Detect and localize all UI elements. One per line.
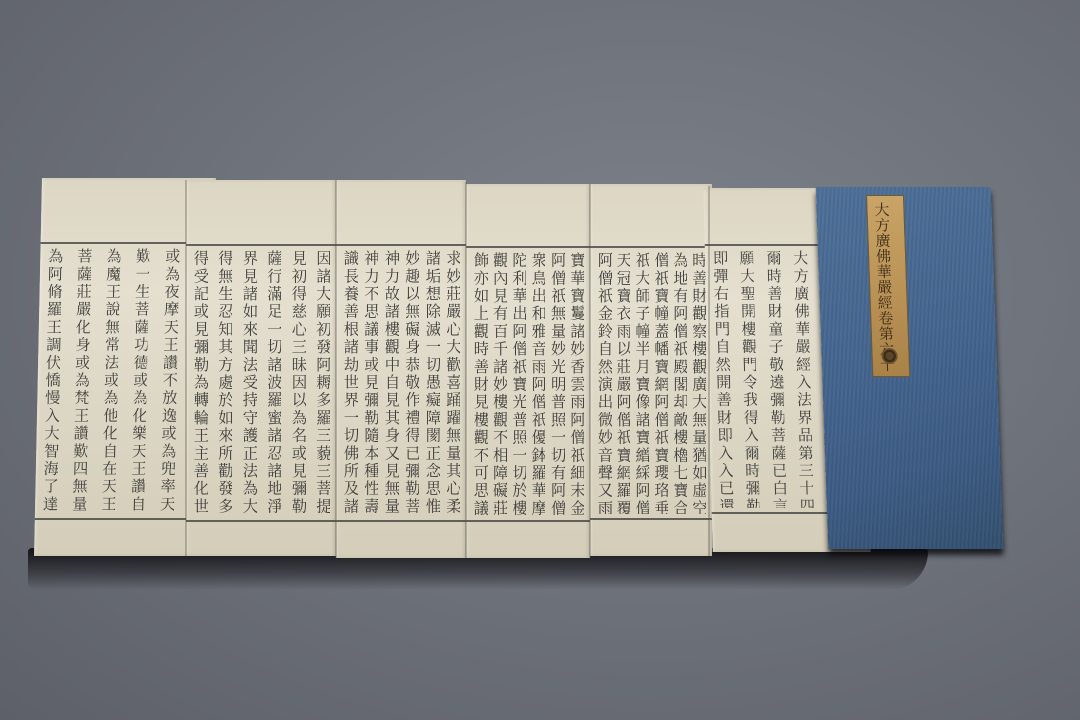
text-column: 飾亦如上觀時善財見樓觀不可思議: [472, 252, 488, 516]
text-column: 菩薩莊嚴化身或為梵王讚歎四無量心或: [70, 248, 91, 514]
fold-line: [335, 180, 337, 558]
text-column: 薩行滿足一切諸波羅蜜諸忍諸地淨佛世: [266, 250, 282, 516]
text-column: 諸垢想除滅一切愚癡障閡正念思惟專求: [424, 250, 440, 516]
seal-stamp-icon: [881, 348, 898, 364]
text-column: 時善財觀察樓觀廣大無量猶如虛空莫寶: [690, 252, 706, 514]
bottom-ruling-line: [186, 520, 336, 522]
text-column: 神力故諸樓觀中自見其身又見無量自在: [383, 250, 399, 516]
cover-title: 大方廣佛華嚴經卷第六十: [873, 202, 894, 373]
text-column: 因諸大願初發阿耨多羅三藐三菩提心或: [315, 250, 331, 516]
text-column: 為地有阿僧祇殿閣却敵樓櫓七寶合成阿: [672, 252, 688, 514]
bottom-ruling-line: [336, 520, 466, 522]
photo-scene: 四天王饒益一切衆生或為帝釋呵責五欲 或為夜摩天王讚不放逸或為兜率天王讚 歎一生菩…: [0, 0, 1080, 720]
fold-line: [589, 184, 591, 558]
text-column: 求妙莊嚴心大歡喜踊躍無量其心柔輭離: [445, 250, 461, 516]
text-column: 寶華寶鬘諸妙香雲雨阿僧祇細末金香放: [568, 252, 584, 516]
sutra-panel-5: 因諸大願初發阿耨多羅三藐三菩提心或 見初得慈心三昧因以為名或見彌勒行菩 薩行滿足…: [186, 180, 336, 556]
text-column: 界見諸如來聞法受持守護正法為大法師: [241, 250, 257, 516]
text-column: 大方廣佛華嚴經入法界品第三十四之十五: [791, 250, 813, 508]
text-column: 天冠寶衣雨以莊嚴阿僧祇寶網羅覆其上: [615, 252, 631, 514]
fold-line: [708, 186, 710, 556]
text-column: 識長養善根諸劫世界一切佛所及諸眷屬: [342, 250, 358, 516]
text-column: 阿僧祇金鈴自然演出微妙音聲又雨無量: [596, 252, 612, 514]
top-ruling-line: [590, 246, 712, 248]
text-column: 得無生忍知其方處於如來所勸發多少而: [217, 250, 233, 516]
text-column: 為阿脩羅王調伏憍慢入大智海了達諸法: [41, 248, 62, 514]
sutra-panel-4: 求妙莊嚴心大歡喜踊躍無量其心柔輭離 諸垢想除滅一切愚癡障閡正念思惟專求 妙趣以無…: [336, 180, 466, 558]
text-column: 或為夜摩天王讚不放逸或為兜率天王讚: [158, 248, 179, 514]
text-column: 見初得慈心三昧因以為名或見彌勒行菩: [290, 250, 306, 516]
text-column: 即彈右指門自然開善財即入入已還閉爾: [711, 250, 733, 508]
text-column: 願大聖開樓觀門令我得入爾時彌勒菩薩: [738, 250, 760, 508]
bottom-ruling-line: [466, 520, 590, 522]
sutra-panel-3: 寶華寶鬘諸妙香雲雨阿僧祇細末金香放 阿僧祇無量妙光明普照一切有阿僧祇異類 衆鳥出…: [466, 184, 590, 558]
top-ruling-line: [186, 244, 336, 246]
text-column: 觀內見有百千諸妙樓觀不相障礙莊校嚴: [491, 252, 507, 516]
sutra-panel-2: 時善財觀察樓觀廣大無量猶如虛空莫寶 為地有阿僧祇殿閣却敵樓櫓七寶合成阿 僧祇寶幢…: [590, 184, 712, 556]
text-column: 妙趣以無礙身恭敬作禮得已彌勒菩薩威: [404, 250, 420, 516]
text-column: 阿僧祇無量妙光明普照一切有阿僧祇異類: [549, 252, 565, 516]
text-column: 爾時善財童子敬遶彌勒菩薩已白言唯: [764, 250, 786, 508]
fold-line: [185, 180, 187, 556]
text-column: 僧祇寶幢蓋幡寶網阿僧祇寶瓔珞垂布阿僧: [653, 252, 669, 514]
bottom-ruling-line: [35, 518, 209, 520]
text-column: 祇大師子幢半月寶像諸寶繒綵阿僧祇: [634, 252, 650, 514]
text-column: 得受記或見彌勒為轉輪王主善化世或為: [192, 250, 208, 516]
top-ruling-line: [466, 246, 590, 248]
text-column: 衆鳥出和雅音雨阿僧祇優鉢羅華摩分: [530, 252, 546, 516]
bottom-ruling-line: [590, 518, 712, 520]
text-column: 為魔王說無常法或為他化自在天王讚歎: [100, 248, 121, 514]
top-ruling-line: [336, 244, 466, 246]
blue-book-cover: 大方廣佛華嚴經卷第六十: [816, 187, 1004, 549]
text-column: 歎一生菩薩功德或為化樂天王讚自在法或: [129, 248, 150, 514]
text-column: 陀利華出阿僧祇寶光普照一切於樓: [511, 252, 527, 516]
fold-line: [465, 182, 467, 558]
title-slip: 大方廣佛華嚴經卷第六十: [866, 195, 910, 377]
text-column: 神力不思議事或見彌勒隨本種性壽命知: [363, 250, 379, 516]
